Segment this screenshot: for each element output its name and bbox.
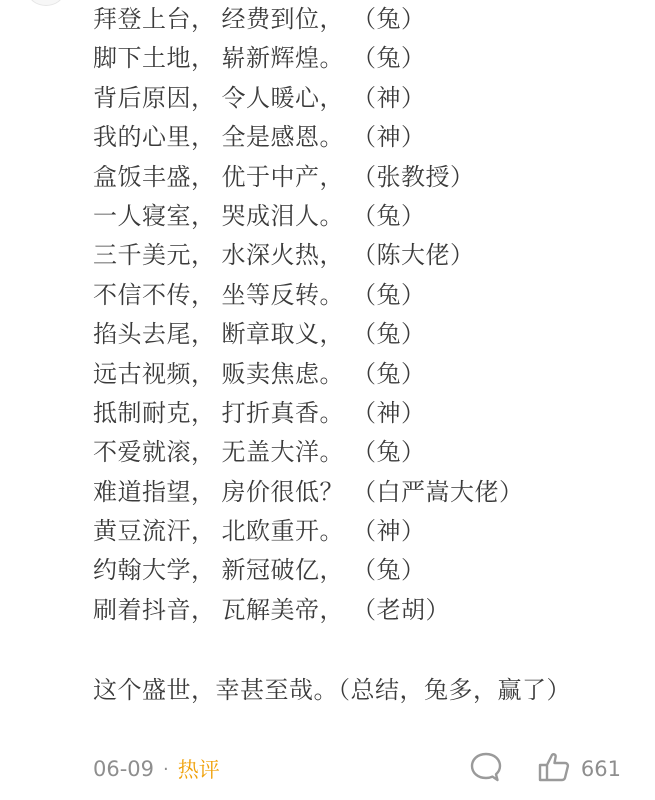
line-first-half: 刷着抖音， (93, 591, 216, 630)
line-attribution: （兔） (352, 0, 426, 39)
comment-actions: 661 (469, 752, 621, 786)
comment-line: 三千美元，水深火热，（陈大佬） (93, 236, 633, 275)
comment-line: 黄豆流汗，北欧重开。（神） (93, 512, 633, 551)
line-attribution: （陈大佬） (352, 236, 475, 275)
line-second-half: 新冠破亿， (222, 551, 345, 590)
line-first-half: 不信不传， (93, 276, 216, 315)
line-first-half: 盒饭丰盛， (93, 158, 216, 197)
like-count: 661 (581, 757, 621, 781)
comment-line: 不信不传，坐等反转。（兔） (93, 276, 633, 315)
line-second-half: 无盖大洋。 (222, 433, 345, 472)
line-attribution: （神） (352, 118, 426, 157)
reply-button[interactable] (469, 751, 503, 788)
comment-line: 拜登上台，经费到位，（兔） (93, 0, 633, 39)
hot-comment-badge: 热评 (178, 754, 220, 784)
comment-summary: 这个盛世，幸甚至哉。（总结，兔多，赢了） (93, 671, 613, 709)
line-second-half: 北欧重开。 (222, 512, 345, 551)
line-first-half: 脚下土地， (93, 39, 216, 78)
comment-line: 我的心里，全是感恩。（神） (93, 118, 633, 157)
line-attribution: （白严嵩大佬） (352, 473, 524, 512)
line-second-half: 崭新辉煌。 (222, 39, 345, 78)
line-first-half: 一人寝室， (93, 197, 216, 236)
line-second-half: 断章取义， (222, 315, 345, 354)
comment-line: 约翰大学，新冠破亿，（兔） (93, 551, 633, 590)
comment-line: 盒饭丰盛，优于中产，（张教授） (93, 158, 633, 197)
line-first-half: 我的心里， (93, 118, 216, 157)
line-second-half: 全是感恩。 (222, 118, 345, 157)
line-attribution: （兔） (352, 276, 426, 315)
line-attribution: （神） (352, 512, 426, 551)
line-second-half: 坐等反转。 (222, 276, 345, 315)
line-second-half: 打折真香。 (222, 394, 345, 433)
comment-line: 背后原因，令人暖心，（神） (93, 79, 633, 118)
comment-line: 刷着抖音，瓦解美帝，（老胡） (93, 591, 633, 630)
comment-line: 抵制耐克，打折真香。（神） (93, 394, 633, 433)
line-second-half: 贩卖焦虑。 (222, 355, 345, 394)
line-attribution: （兔） (352, 39, 426, 78)
comment-line: 掐头去尾，断章取义，（兔） (93, 315, 633, 354)
line-attribution: （神） (352, 394, 426, 433)
comment-footer: 06-09 · 热评 661 (93, 752, 655, 786)
comment-bubble-icon (469, 751, 503, 788)
comment-lines: 拜登上台，经费到位，（兔）脚下土地，崭新辉煌。（兔）背后原因，令人暖心，（神）我… (93, 0, 633, 630)
line-second-half: 哭成泪人。 (222, 197, 345, 236)
comment-line: 一人寝室，哭成泪人。（兔） (93, 197, 633, 236)
line-second-half: 经费到位， (222, 0, 345, 39)
line-second-half: 水深火热， (222, 236, 345, 275)
line-second-half: 优于中产， (222, 158, 345, 197)
line-first-half: 远古视频， (93, 355, 216, 394)
comment-body: 拜登上台，经费到位，（兔）脚下土地，崭新辉煌。（兔）背后原因，令人暖心，（神）我… (93, 0, 633, 709)
line-second-half: 瓦解美帝， (222, 591, 345, 630)
line-first-half: 背后原因， (93, 79, 216, 118)
line-first-half: 难道指望， (93, 473, 216, 512)
line-first-half: 三千美元， (93, 236, 216, 275)
comment-line: 不爱就滚，无盖大洋。（兔） (93, 433, 633, 472)
line-attribution: （老胡） (352, 591, 450, 630)
line-first-half: 约翰大学， (93, 551, 216, 590)
line-first-half: 黄豆流汗， (93, 512, 216, 551)
line-attribution: （兔） (352, 433, 426, 472)
line-first-half: 抵制耐克， (93, 394, 216, 433)
line-attribution: （兔） (352, 355, 426, 394)
blank-line (93, 630, 633, 671)
comment-date: 06-09 (93, 757, 154, 781)
line-first-half: 不爱就滚， (93, 433, 216, 472)
line-first-half: 掐头去尾， (93, 315, 216, 354)
line-attribution: （张教授） (352, 158, 475, 197)
comment-line: 远古视频，贩卖焦虑。（兔） (93, 355, 633, 394)
comment-line: 脚下土地，崭新辉煌。（兔） (93, 39, 633, 78)
line-second-half: 令人暖心， (222, 79, 345, 118)
line-second-half: 房价很低？ (222, 473, 345, 512)
thumbs-up-icon (537, 751, 571, 788)
line-first-half: 拜登上台， (93, 0, 216, 39)
separator-dot: · (163, 759, 169, 780)
line-attribution: （兔） (352, 315, 426, 354)
line-attribution: （兔） (352, 197, 426, 236)
avatar[interactable] (28, 0, 64, 6)
like-button[interactable]: 661 (537, 751, 621, 788)
line-attribution: （神） (352, 79, 426, 118)
comment-line: 难道指望，房价很低？（白严嵩大佬） (93, 473, 633, 512)
line-attribution: （兔） (352, 551, 426, 590)
